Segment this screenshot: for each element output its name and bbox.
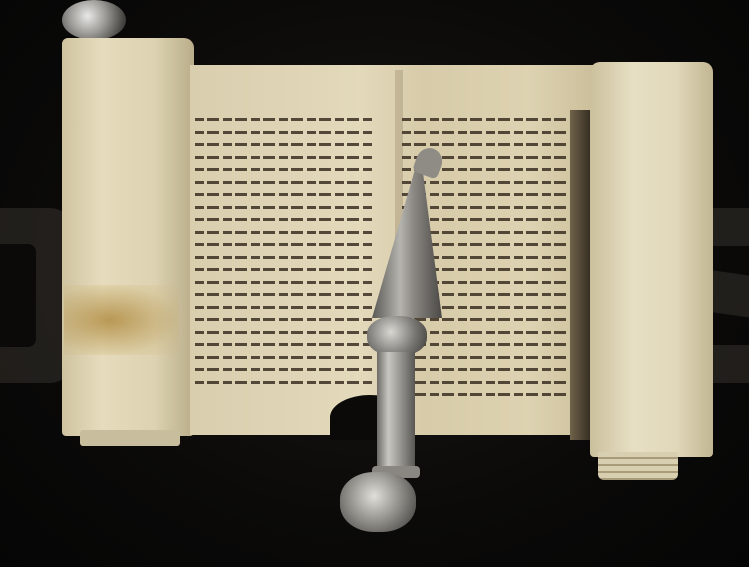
photo-scene: C xyxy=(0,0,749,567)
yad-finial-bulb xyxy=(340,472,416,532)
left-roll-base xyxy=(80,430,180,446)
silver-finial xyxy=(62,0,126,40)
right-scroll-roll xyxy=(590,62,713,457)
left-scroll-roll xyxy=(62,38,194,436)
yad-knop xyxy=(367,316,427,356)
parchment-stain xyxy=(64,285,179,355)
watermark-c-counter xyxy=(0,244,36,347)
yad-shaft xyxy=(377,352,415,474)
right-roll-base xyxy=(598,452,678,480)
text-column-left xyxy=(195,118,375,393)
